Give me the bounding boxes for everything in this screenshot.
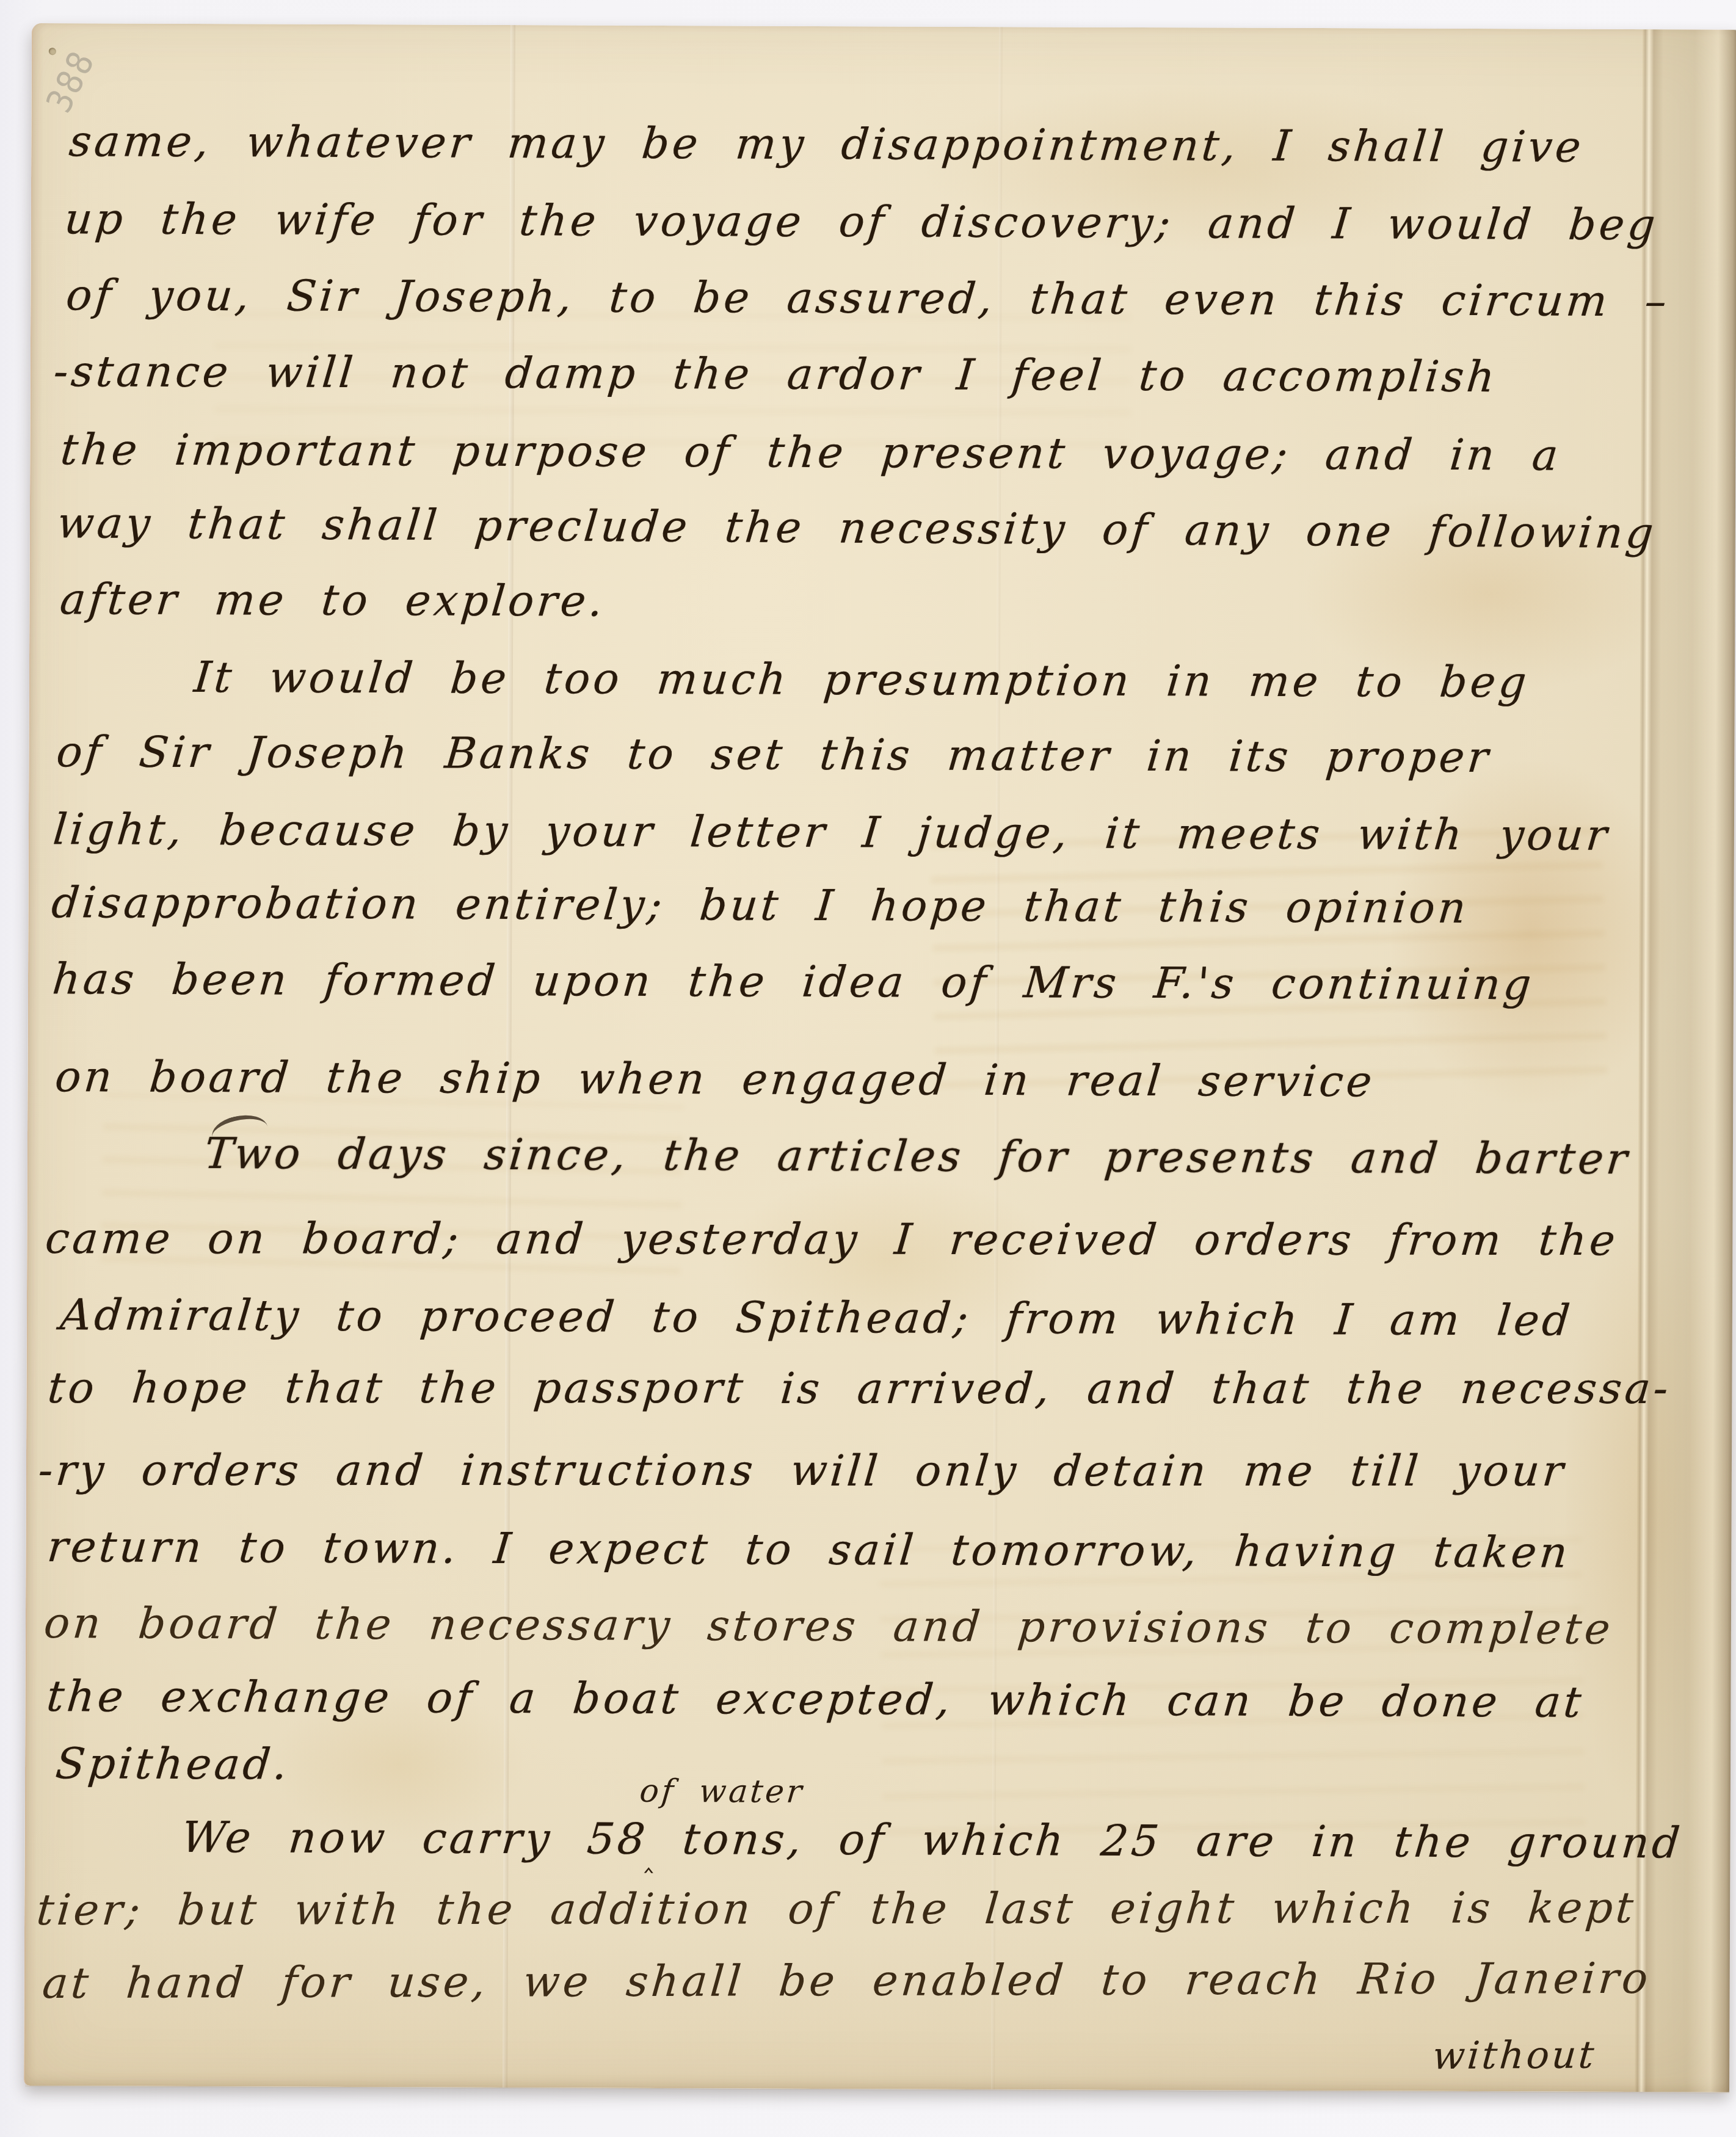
manuscript-line: has been formed upon the idea of Mrs F.'… [51, 956, 1536, 1008]
manuscript-line: at hand for use, we shall be enabled to … [41, 1955, 1653, 2007]
manuscript-line: of Sir Joseph Banks to set this matter i… [54, 728, 1493, 781]
manuscript-line: of you, Sir Joseph, to be assured, that … [64, 272, 1671, 325]
manuscript-line: to hope that the passport is arrived, an… [46, 1365, 1673, 1412]
letter-page: 388 same, whatever may be my disappointm… [24, 23, 1736, 2092]
manuscript-line: the important purpose of the present voy… [59, 426, 1563, 479]
manuscript-line: We now carry 58 tons, of which 25 are in… [180, 1814, 1685, 1867]
manuscript-line: disapprobation entirely; but I hope that… [49, 879, 1470, 932]
manuscript-line: way that shall preclude the necessity of… [56, 499, 1658, 557]
manuscript-line: -ry orders and instructions will only de… [37, 1447, 1568, 1495]
manuscript-scan: 388 same, whatever may be my disappointm… [0, 0, 1736, 2137]
manuscript-line: light, because by your letter I judge, i… [51, 806, 1612, 859]
pencil-annotation: 388 [38, 44, 103, 119]
manuscript-line: same, whatever may be my disappointment,… [67, 118, 1586, 170]
manuscript-line: -stance will not damp the ardor I feel t… [52, 348, 1500, 401]
stain-blotch [1565, 1220, 1736, 1801]
manuscript-line: return to town. I expect to sail tomorro… [45, 1523, 1572, 1576]
page-fold-edge [1635, 29, 1736, 2092]
manuscript-line: Admiralty to proceed to Spithead; from w… [59, 1291, 1575, 1344]
catchword: without [1431, 2032, 1598, 2078]
interlinear-insertion: of water [638, 1773, 806, 1810]
manuscript-line: on board the ship when engaged in real s… [53, 1053, 1377, 1105]
manuscript-line: Spithead. [54, 1740, 292, 1788]
manuscript-line: the exchange of a boat excepted, which c… [45, 1673, 1586, 1726]
manuscript-line: on board the necessary stores and provis… [42, 1600, 1615, 1653]
manuscript-line: up the wife for the voyage of discovery;… [63, 195, 1660, 249]
verso-bleed-through [100, 1093, 684, 1301]
manuscript-line: tier; but with the addition of the last … [35, 1884, 1638, 1934]
manuscript-line: after me to explore. [58, 576, 608, 625]
pin-hole [49, 48, 56, 55]
manuscript-line: came on board; and yesterday I received … [43, 1215, 1620, 1264]
manuscript-line: Two days since, the articles for present… [203, 1130, 1632, 1183]
manuscript-line: It would be too much presumption in me t… [192, 654, 1531, 706]
